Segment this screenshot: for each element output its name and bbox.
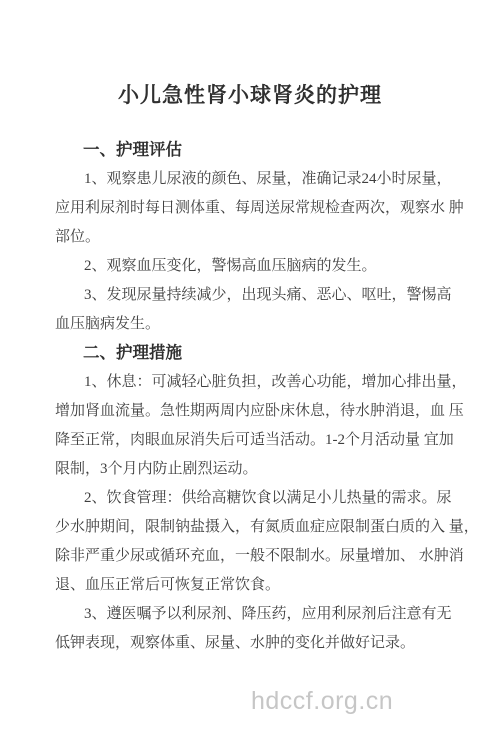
- text-line: 降至正常，肉眼血尿消失后可适当活动。1-2个月活动量 宜加: [55, 426, 455, 455]
- section-heading: 一、护理评估: [55, 136, 455, 165]
- text-line: 3、遵医嘱予以利尿剂、降压药，应用利尿剂后注意有无: [55, 600, 455, 629]
- text-line: 少水肿期间，限制钠盐摄入，有氮质血症应限制蛋白质的入 量，: [55, 513, 455, 542]
- text-line: 增加肾血流量。急性期两周内应卧床休息，待水肿消退，血 压: [55, 397, 455, 426]
- text-line: 2、观察血压变化，警惕高血压脑病的发生。: [55, 252, 455, 281]
- text-line: 血压脑病发生。: [55, 310, 455, 339]
- document-body: 一、护理评估1、观察患儿尿液的颜色、尿量，准确记录24小时尿量，应用利尿剂时每日…: [55, 136, 455, 658]
- text-line: 应用利尿剂时每日测体重、每周送尿常规检查两次，观察水 肿: [55, 194, 455, 223]
- document-page: 小儿急性肾小球肾炎的护理 一、护理评估1、观察患儿尿液的颜色、尿量，准确记录24…: [0, 0, 500, 738]
- text-line: 除非严重少尿或循环充血，一般不限制水。尿量增加、 水肿消: [55, 542, 455, 571]
- text-line: 2、饮食管理：供给高糖饮食以满足小儿热量的需求。尿: [55, 484, 455, 513]
- watermark: hdccf.org.cn: [251, 687, 393, 716]
- text-line: 低钾表现，观察体重、尿量、水肿的变化并做好记录。: [55, 629, 455, 658]
- text-line: 限制，3个月内防止剧烈运动。: [55, 455, 455, 484]
- text-line: 1、观察患儿尿液的颜色、尿量，准确记录24小时尿量，: [55, 165, 455, 194]
- text-line: 3、发现尿量持续减少，出现头痛、恶心、呕吐，警惕高: [55, 281, 455, 310]
- text-line: 部位。: [55, 223, 455, 252]
- text-line: 1、休息：可减轻心脏负担，改善心功能，增加心排出量，: [55, 368, 455, 397]
- text-line: 退、血压正常后可恢复正常饮食。: [55, 571, 455, 600]
- section-heading: 二、护理措施: [55, 339, 455, 368]
- document-title: 小儿急性肾小球肾炎的护理: [0, 79, 500, 109]
